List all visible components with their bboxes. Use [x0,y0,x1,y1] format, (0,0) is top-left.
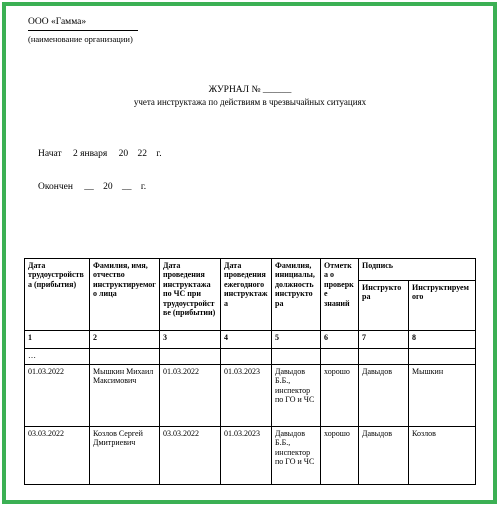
col-header-knowledge-check: Отметка о проверке знаний [321,259,359,331]
started-year: 22 [138,149,148,159]
finished-century: 20 [103,182,113,192]
started-suffix: г. [156,149,161,159]
cell-annual-briefing-date: 01.03.2023 [221,427,272,485]
col-header-signature-instructed: Инструктируемого [409,281,476,331]
finished-line: Окончен __ 20 __ г. [38,182,146,192]
table-cell [359,349,409,365]
cell-knowledge-check: хорошо [321,365,359,427]
cell-signature-instructor: Давыдов [359,365,409,427]
column-number: 7 [359,331,409,349]
column-number: 1 [25,331,90,349]
table-cell [160,349,221,365]
table-cell [221,349,272,365]
table-row: 01.03.2022 Мышкин Михаил Максимович 01.0… [25,365,476,427]
ellipsis-cell: … [25,349,90,365]
cell-hire-date: 01.03.2022 [25,365,90,427]
journal-document-page: { "page": { "border_color": "#3bb054", "… [0,0,500,508]
cell-signature-instructed: Мышкин [409,365,476,427]
ellipsis-row: … [25,349,476,365]
col-header-signature-group: Подпись [359,259,476,281]
started-century: 20 [119,149,129,159]
col-header-initial-briefing-date: Дата проведения инструктажа по ЧС при тр… [160,259,221,331]
column-number: 2 [90,331,160,349]
table-cell [321,349,359,365]
table-cell [90,349,160,365]
col-header-annual-briefing-date: Дата проведения ежегодного инструктажа [221,259,272,331]
column-number-row: 1 2 3 4 5 6 7 8 [25,331,476,349]
column-number: 3 [160,331,221,349]
column-number: 5 [272,331,321,349]
journal-title: ЖУРНАЛ № ______ [0,85,500,95]
started-label: Начат [38,149,62,159]
cell-full-name: Мышкин Михаил Максимович [90,365,160,427]
started-line: Начат 2 января 20 22 г. [38,149,162,159]
cell-signature-instructor: Давыдов [359,427,409,485]
col-header-full-name: Фамилия, имя, отчество инструктируемого … [90,259,160,331]
cell-instructor: Давыдов Б.Б., инспектор по ГО и ЧС [272,365,321,427]
started-day: 2 января [73,149,107,159]
cell-hire-date: 03.03.2022 [25,427,90,485]
column-number: 6 [321,331,359,349]
table-row: 03.03.2022 Козлов Сергей Дмитриевич 03.0… [25,427,476,485]
column-number: 4 [221,331,272,349]
table-cell [409,349,476,365]
column-number: 8 [409,331,476,349]
col-header-signature-instructor: Инструктора [359,281,409,331]
finished-blank: __ [84,182,94,192]
cell-knowledge-check: хорошо [321,427,359,485]
table-cell [272,349,321,365]
organization-caption: (наименование организации) [28,34,138,44]
cell-full-name: Козлов Сергей Дмитриевич [90,427,160,485]
cell-signature-instructed: Козлов [409,427,476,485]
organization-block: ООО «Гамма» (наименование организации) [28,11,138,44]
journal-subtitle: учета инструктажа по действиям в чрезвыч… [0,97,500,107]
title-block: ЖУРНАЛ № ______ учета инструктажа по дей… [0,85,500,107]
cell-initial-briefing-date: 03.03.2022 [160,427,221,485]
cell-initial-briefing-date: 01.03.2022 [160,365,221,427]
col-header-hire-date: Дата трудоустройства (прибытия) [25,259,90,331]
cell-instructor: Давыдов Б.Б., инспектор по ГО и ЧС [272,427,321,485]
organization-name: ООО «Гамма» [28,17,138,31]
cell-annual-briefing-date: 01.03.2023 [221,365,272,427]
instruction-log-table: Дата трудоустройства (прибытия) Фамилия,… [24,258,476,485]
col-header-instructor: Фамилия, инициалы, должность инструктора [272,259,321,331]
finished-label: Окончен [38,182,73,192]
finished-blank: __ [122,182,132,192]
finished-suffix: г. [141,182,146,192]
